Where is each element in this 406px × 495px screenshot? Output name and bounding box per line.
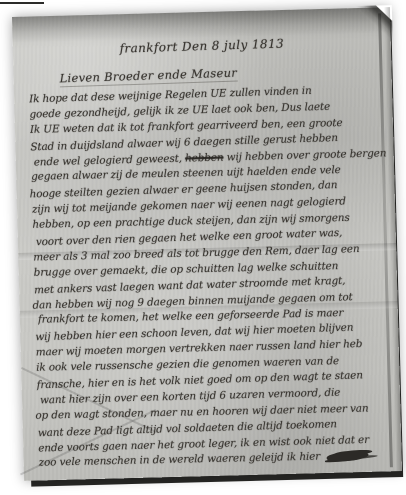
letter-body-text: Ik hope dat dese weijnige Regelen UE zul…	[29, 83, 397, 474]
scanner-artifact-line	[0, 2, 44, 4]
letter-paper-sheet: frankfort Den 8 july 1813 Lieven Broeder…	[12, 7, 402, 481]
struck-out-word: hebben	[185, 151, 224, 164]
letter-salutation: Lieven Broeder ende Maseur	[59, 66, 237, 88]
ink-scribble-blotch	[326, 450, 369, 463]
scanned-letter-page: { "scan": { "paper_base_color": "#c6c6c2…	[0, 0, 406, 495]
